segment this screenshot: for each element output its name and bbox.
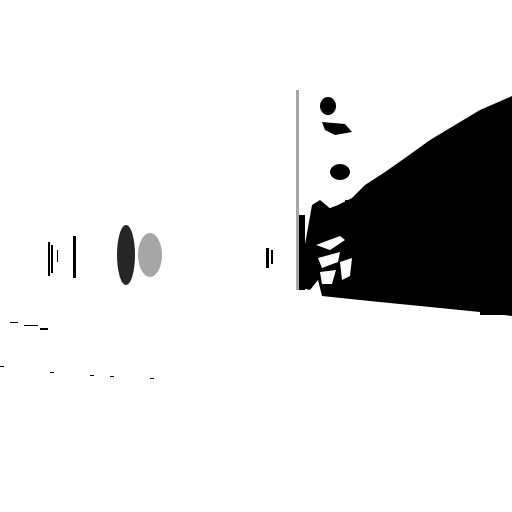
thresholded-photo	[0, 0, 512, 512]
pillar-edge	[296, 90, 299, 290]
